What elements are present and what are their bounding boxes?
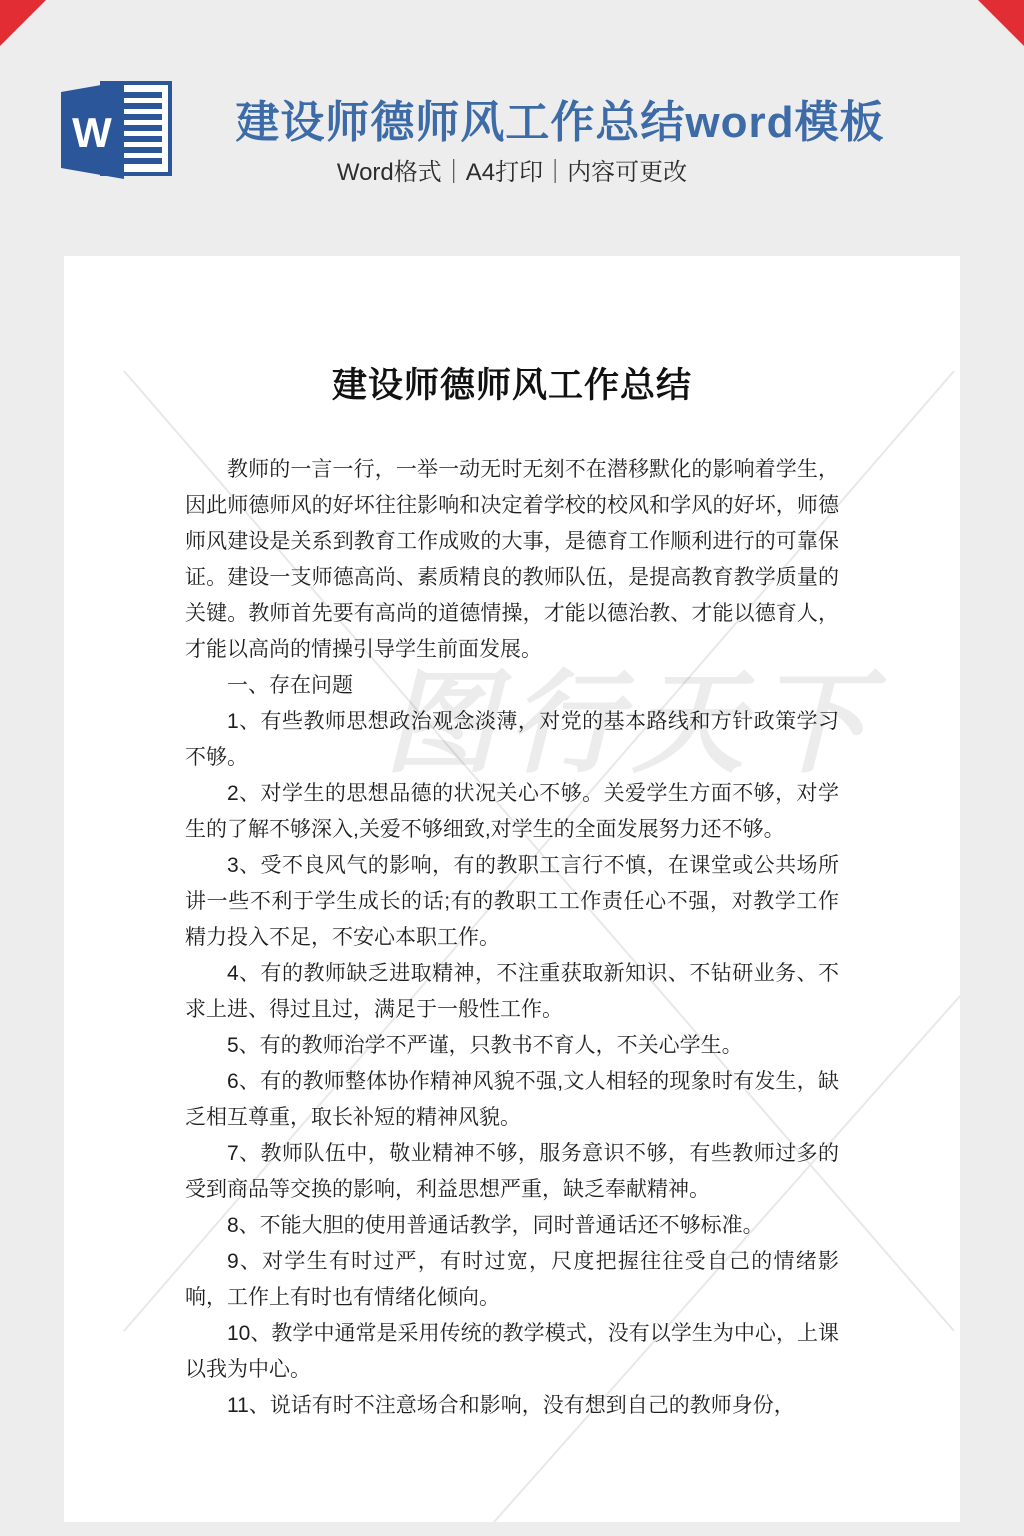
paragraph: 6、有的教师整体协作精神风貌不强,文人相轻的现象时有发生，缺乏相互尊重，取长补短… (185, 1064, 839, 1136)
document-page: 图行天下 建设师德师风工作总结 教师的一言一行，一举一动无时无刻不在潜移默化的影… (64, 256, 960, 1522)
paragraph: 7、教师队伍中，敬业精神不够，服务意识不够，有些教师过多的受到商品等交换的影响，… (185, 1136, 839, 1208)
page-title: 建设师德师风工作总结word模板 (0, 86, 1024, 150)
paragraph: 8、不能大胆的使用普通话教学，同时普通话还不够标准。 (185, 1208, 839, 1244)
paragraph: 9、对学生有时过严，有时过宽，尺度把握往往受自己的情绪影响，工作上有时也有情绪化… (185, 1244, 839, 1316)
paragraph: 3、受不良风气的影响，有的教职工言行不慎，在课堂或公共场所讲一些不利于学生成长的… (185, 848, 839, 956)
paragraph: 一、存在问题 (185, 668, 839, 704)
document-body: 教师的一言一行，一举一动无时无刻不在潜移默化的影响着学生，因此师德师风的好坏往往… (64, 452, 960, 1424)
header: W 建设师德师风工作总结word模板 Word格式｜A4打印｜内容可更改 (0, 0, 1024, 256)
page-subtitle: Word格式｜A4打印｜内容可更改 (0, 152, 1024, 187)
paragraph: 11、说话有时不注意场合和影响，没有想到自己的教师身份， (185, 1388, 839, 1424)
template-preview-page: W 建设师德师风工作总结word模板 Word格式｜A4打印｜内容可更改 图行天… (0, 0, 1024, 1536)
paragraph: 教师的一言一行，一举一动无时无刻不在潜移默化的影响着学生，因此师德师风的好坏往往… (185, 452, 839, 668)
paragraph: 2、对学生的思想品德的状况关心不够。关爱学生方面不够，对学生的了解不够深入,关爱… (185, 776, 839, 848)
paragraph: 10、教学中通常是采用传统的教学模式，没有以学生为中心，上课以我为中心。 (185, 1316, 839, 1388)
paragraph: 4、有的教师缺乏进取精神，不注重获取新知识、不钻研业务、不求上进、得过且过，满足… (185, 956, 839, 1028)
paragraph: 5、有的教师治学不严谨，只教书不育人，不关心学生。 (185, 1028, 839, 1064)
document-title: 建设师德师风工作总结 (64, 256, 960, 408)
paragraph: 1、有些教师思想政治观念淡薄，对党的基本路线和方针政策学习不够。 (185, 704, 839, 776)
